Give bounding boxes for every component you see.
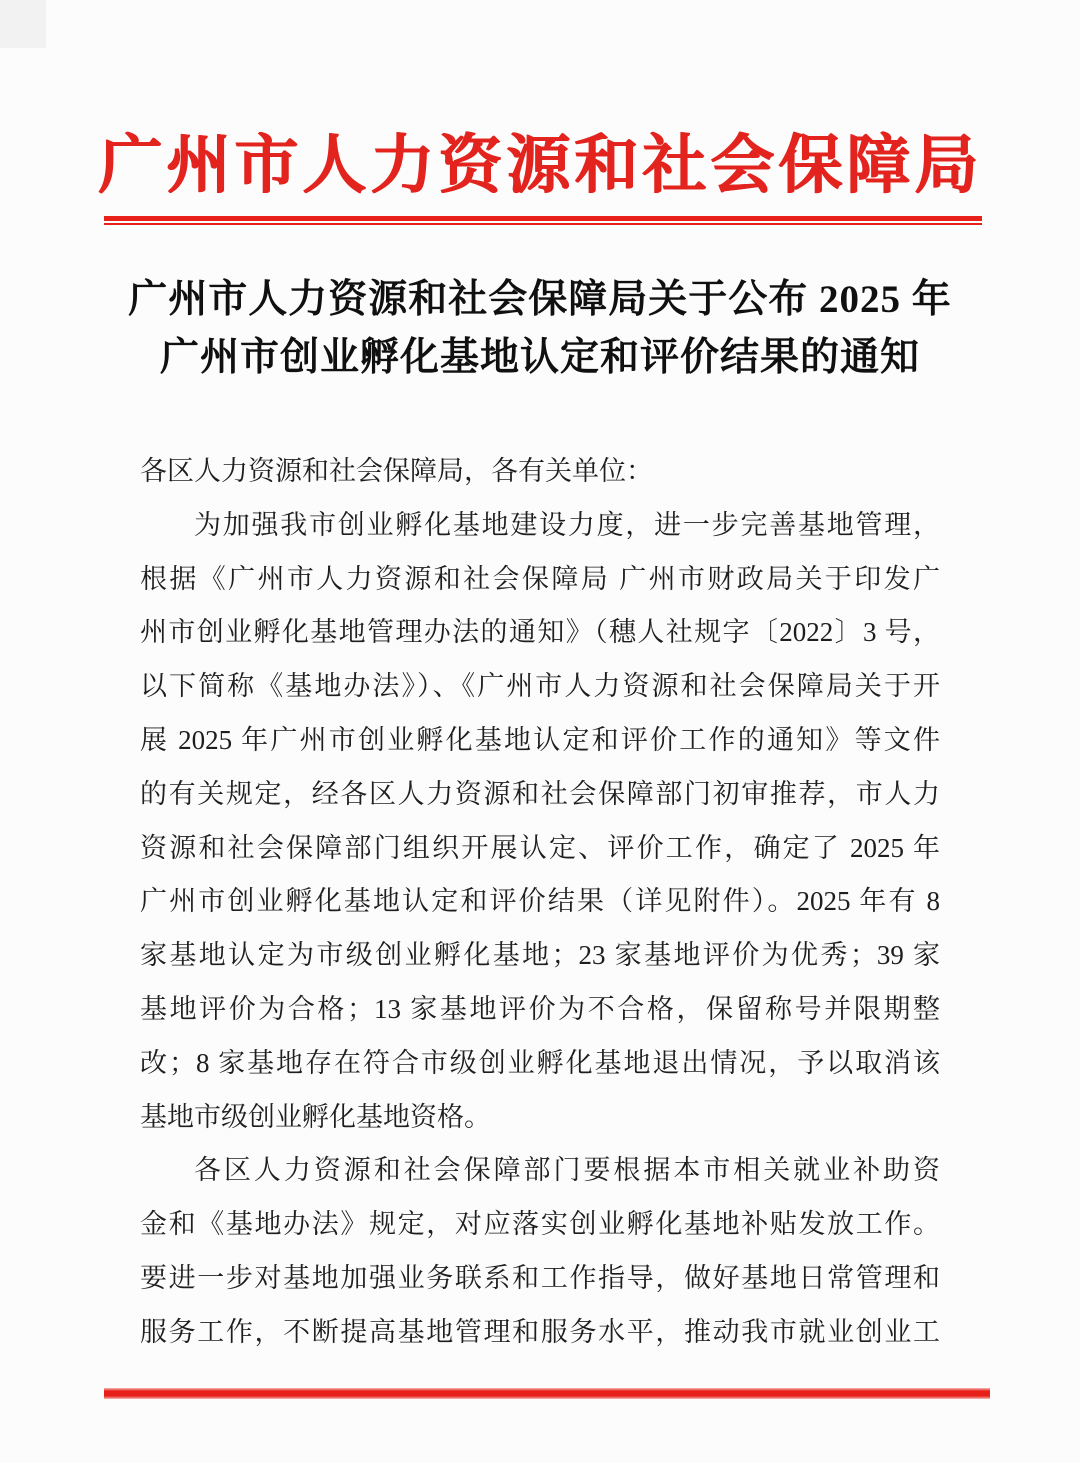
body-line: 基地市级创业孵化基地资格。: [140, 1091, 940, 1145]
letterhead-divider-rule: [104, 216, 982, 225]
body-line: 金和《基地办法》规定，对应落实创业孵化基地补贴发放工作。: [140, 1198, 940, 1252]
body-line: 家基地认定为市级创业孵化基地；23 家基地评价为优秀；39 家: [140, 929, 940, 983]
body-line: 要进一步对基地加强业务联系和工作指导，做好基地日常管理和: [140, 1252, 940, 1306]
document-page: 广州市人力资源和社会保障局 广州市人力资源和社会保障局关于公布 2025 年 广…: [0, 0, 1080, 1463]
document-body: 各区人力资源和社会保障局，各有关单位：为加强我市创业孵化基地建设力度，进一步完善…: [140, 445, 940, 1360]
document-title-line-2: 广州市创业孵化基地认定和评价结果的通知: [0, 329, 1080, 387]
body-line: 州市创业孵化基地管理办法的通知》（穗人社规字〔2022〕3 号，: [140, 606, 940, 660]
body-line: 各区人力资源和社会保障部门要根据本市相关就业补助资: [140, 1144, 940, 1198]
body-line: 改；8 家基地存在符合市级创业孵化基地退出情况，予以取消该: [140, 1037, 940, 1091]
footer-rule: [104, 1388, 990, 1399]
document-title-line-1: 广州市人力资源和社会保障局关于公布 2025 年: [0, 271, 1080, 329]
body-line: 各区人力资源和社会保障局，各有关单位：: [140, 445, 940, 499]
body-line: 为加强我市创业孵化基地建设力度，进一步完善基地管理，: [140, 499, 940, 553]
body-line: 根据《广州市人力资源和社会保障局 广州市财政局关于印发广: [140, 553, 940, 607]
body-line: 服务工作，不断提高基地管理和服务水平，推动我市就业创业工: [140, 1306, 940, 1360]
body-line: 广州市创业孵化基地认定和评价结果（详见附件）。2025 年有 8: [140, 875, 940, 929]
agency-letterhead: 广州市人力资源和社会保障局: [0, 118, 1080, 214]
document-title: 广州市人力资源和社会保障局关于公布 2025 年 广州市创业孵化基地认定和评价结…: [0, 271, 1080, 387]
scan-artifact: [0, 0, 46, 48]
body-line: 基地评价为合格；13 家基地评价为不合格，保留称号并限期整: [140, 983, 940, 1037]
body-line: 展 2025 年广州市创业孵化基地认定和评价工作的通知》等文件: [140, 714, 940, 768]
body-line: 以下简称《基地办法》）、《广州市人力资源和社会保障局关于开: [140, 660, 940, 714]
body-line: 的有关规定，经各区人力资源和社会保障部门初审推荐，市人力: [140, 768, 940, 822]
body-line: 资源和社会保障部门组织开展认定、评价工作，确定了 2025 年: [140, 822, 940, 876]
